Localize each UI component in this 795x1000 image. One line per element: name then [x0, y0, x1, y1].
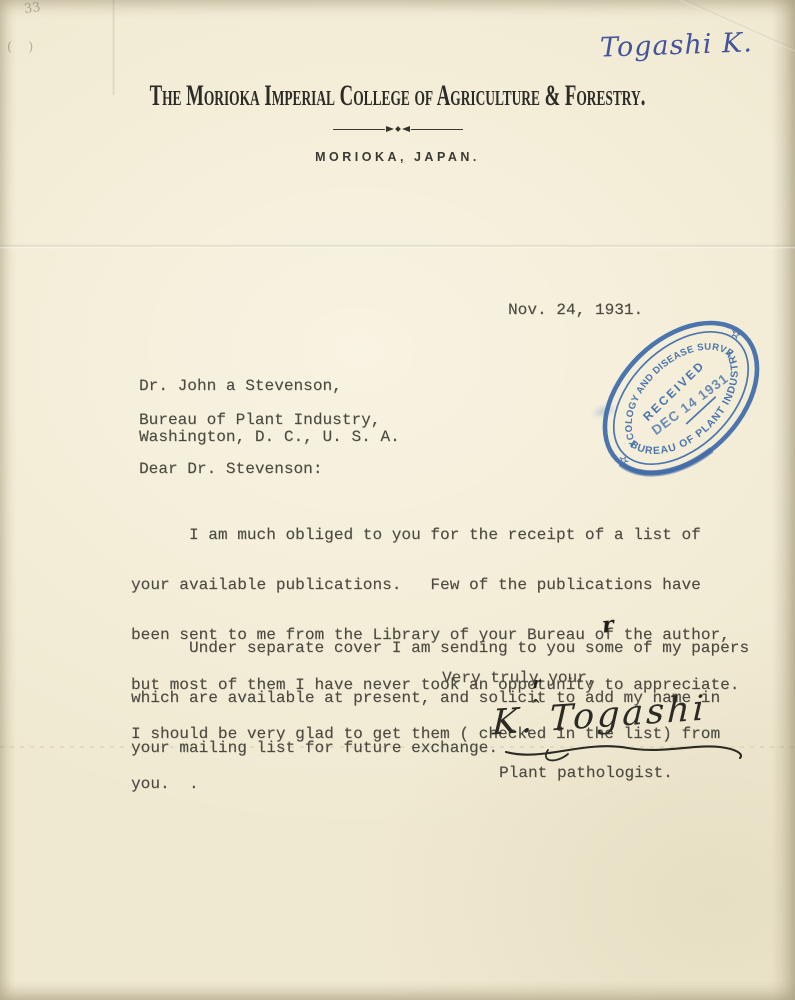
ornament-rule-left: [333, 129, 385, 130]
recipient-name: Dr. John a Stevenson,: [139, 378, 342, 395]
ornament-diamond-icon: [395, 126, 401, 132]
fold-crease-upper: [0, 244, 795, 249]
signer-title: Plant pathologist.: [499, 765, 673, 782]
letterhead-ornament: [0, 126, 795, 132]
body-line: your available publications. Few of the …: [131, 577, 739, 594]
ornament-arrow-left-icon: [402, 126, 410, 132]
handwritten-owner-name: Togashi K.: [600, 27, 754, 63]
recipient-city: Washington, D. C., U. S. A.: [139, 429, 400, 446]
signature-handwriting: K. Togashi: [492, 688, 708, 743]
letter-scan: 33 ( ) Togashi K. The Morioka Imperial C…: [0, 0, 795, 1000]
recipient-org: Bureau of Plant Industry,: [139, 412, 380, 429]
letterhead-institution: The Morioka Imperial College of Agricult…: [131, 80, 664, 114]
crease-top-left: [112, 0, 115, 95]
pencil-mark: 33: [23, 0, 41, 17]
body-line: I am much obliged to you for the receipt…: [131, 527, 739, 544]
pencil-mark: ( ): [7, 40, 39, 55]
closing: Very truly your,: [442, 670, 597, 687]
ornament-rule-right: [411, 129, 463, 130]
salutation: Dear Dr. Stevenson:: [139, 461, 323, 478]
letterhead-location: MORIOKA, JAPAN.: [0, 150, 795, 164]
body-line: Under separate cover I am sending to you…: [131, 640, 749, 657]
signature-block: K. Togashi: [488, 694, 768, 769]
ornament-arrow-right-icon: [386, 126, 394, 132]
received-stamp: MYCOLOGY AND DISEASE SURVEY BUREAU OF PL…: [571, 303, 791, 493]
